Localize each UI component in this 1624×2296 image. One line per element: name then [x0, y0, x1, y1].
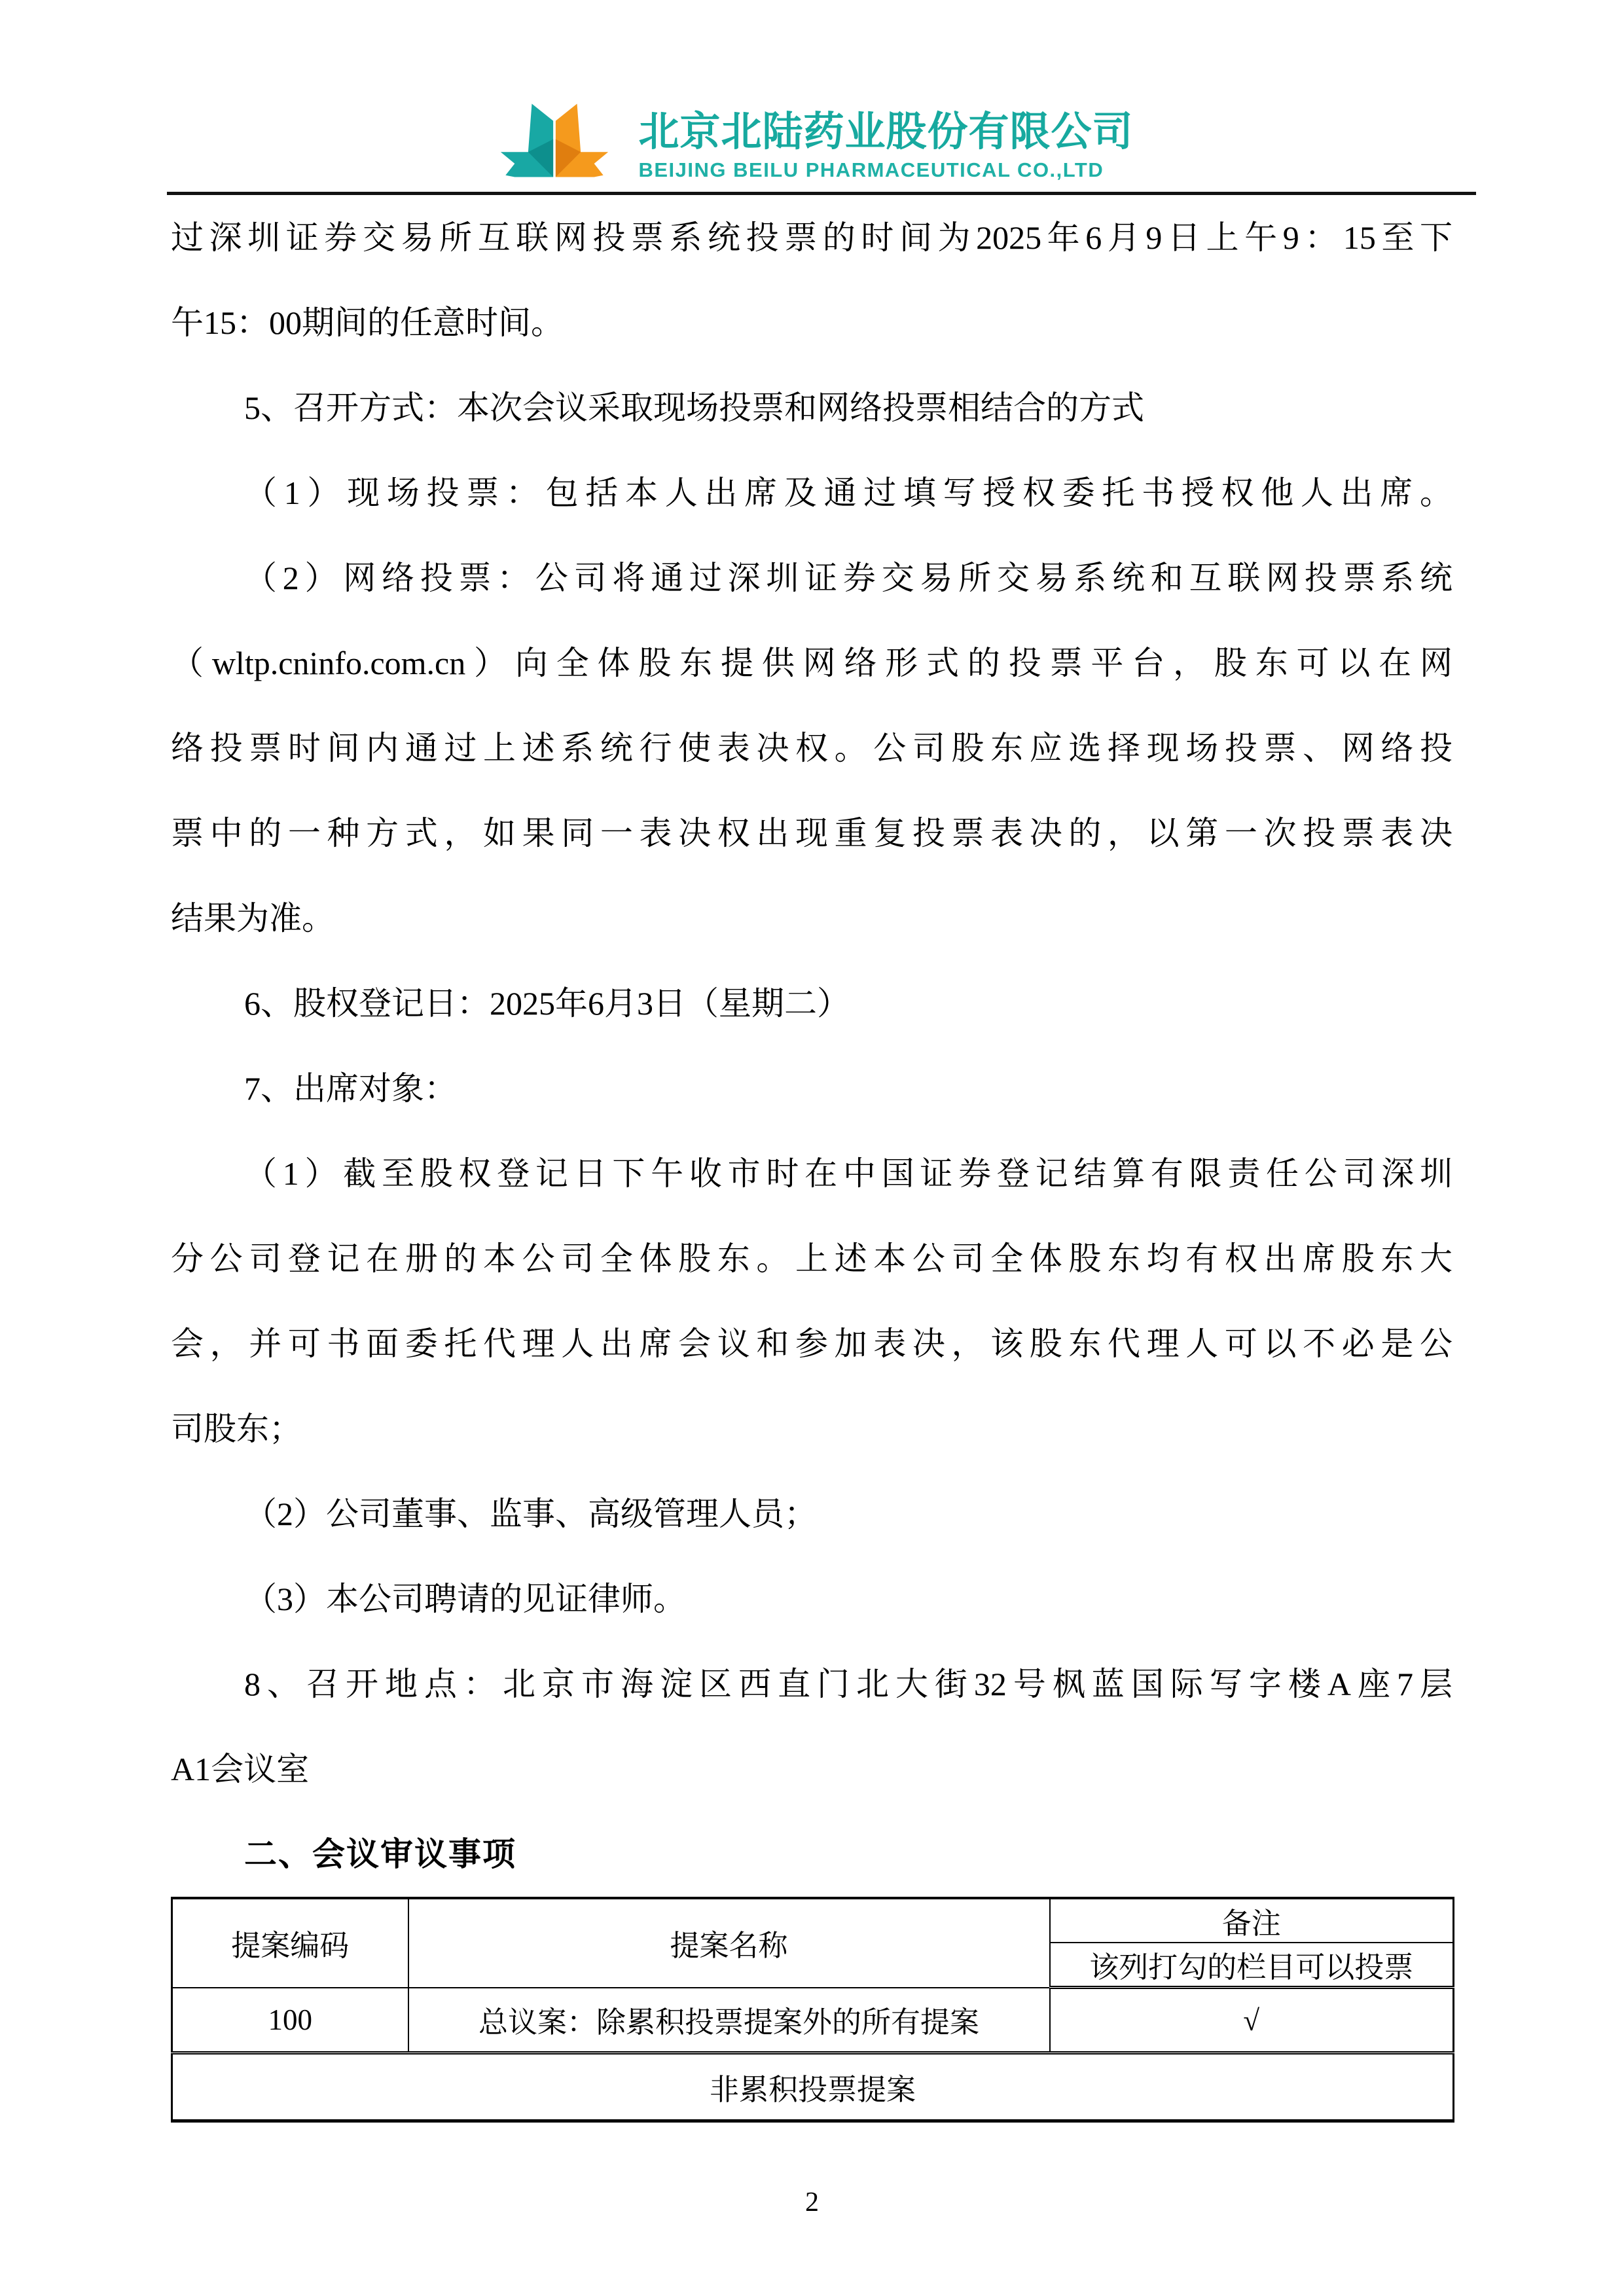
doc-line: 分公司登记在册的本公司全体股东。上述本公司全体股东均有权出席股东大: [171, 1216, 1453, 1301]
doc-line: （2）公司董事、监事、高级管理人员；: [171, 1471, 1453, 1556]
proposal-table: 提案编码 提案名称 备注 该列打勾的栏目可以投票 100 总议案：除累积投票提案…: [171, 1897, 1454, 2123]
header-proposal-code: 提案编码: [172, 1898, 408, 1988]
doc-line: （3）本公司聘请的见证律师。: [171, 1556, 1453, 1641]
header-remark-note: 该列打勾的栏目可以投票: [1050, 1943, 1454, 1988]
doc-line: （2）网络投票：公司将通过深圳证券交易所交易系统和互联网投票系统: [171, 535, 1453, 620]
doc-line: 5、召开方式：本次会议采取现场投票和网络投票相结合的方式: [171, 365, 1453, 450]
table-header-row: 提案编码 提案名称 备注: [172, 1898, 1454, 1943]
cell-proposal-name: 总议案：除累积投票提案外的所有提案: [408, 1988, 1050, 2053]
doc-line: （wltp.cninfo.com.cn）向全体股东提供网络形式的投票平台，股东可…: [171, 620, 1453, 706]
header-proposal-name: 提案名称: [408, 1898, 1050, 1988]
doc-line: 司股东；: [171, 1386, 1453, 1471]
doc-line: 过深圳证券交易所互联网投票系统投票的时间为2025年6月9日上午9：15至下: [171, 195, 1453, 280]
cell-remark-checkmark: √: [1050, 1988, 1454, 2053]
doc-line: （1）截至股权登记日下午收市时在中国证券登记结算有限责任公司深圳: [171, 1131, 1453, 1216]
section-heading: 二、会议审议事项: [171, 1812, 1453, 1897]
doc-line: 8、召开地点：北京市海淀区西直门北大街32号枫蓝国际写字楼A座7层: [171, 1641, 1453, 1727]
company-logo: 北京北陆药业股份有限公司 BEIJING BEILU PHARMACEUTICA…: [0, 0, 1624, 183]
cell-noncumulative-label: 非累积投票提案: [172, 2053, 1454, 2121]
table-row: 100 总议案：除累积投票提案外的所有提案 √: [172, 1988, 1454, 2053]
document-body: 过深圳证券交易所互联网投票系统投票的时间为2025年6月9日上午9：15至下 午…: [171, 195, 1453, 1897]
doc-line: 6、股权登记日：2025年6月3日（星期二）: [171, 961, 1453, 1046]
company-name-block: 北京北陆药业股份有限公司 BEIJING BEILU PHARMACEUTICA…: [638, 107, 1133, 183]
doc-line: （1）现场投票：包括本人出席及通过填写授权委托书授权他人出席。: [171, 450, 1453, 535]
doc-line: 络投票时间内通过上述系统行使表决权。公司股东应选择现场投票、网络投: [171, 706, 1453, 791]
company-name-cn: 北京北陆药业股份有限公司: [638, 107, 1133, 157]
doc-line: A1会议室: [171, 1727, 1453, 1812]
page-number: 2: [0, 2185, 1624, 2221]
cell-proposal-code: 100: [172, 1988, 408, 2053]
doc-line: 结果为准。: [171, 876, 1453, 961]
header-remark: 备注: [1050, 1898, 1454, 1943]
doc-line: 会，并可书面委托代理人出席会议和参加表决，该股东代理人可以不必是公: [171, 1301, 1453, 1386]
doc-line: 7、出席对象：: [171, 1046, 1453, 1131]
company-name-en: BEIJING BEILU PHARMACEUTICAL CO.,LTD: [638, 157, 1104, 183]
doc-line: 票中的一种方式，如果同一表决权出现重复投票表决的，以第一次投票表决: [171, 791, 1453, 876]
doc-line: 午15：00期间的任意时间。: [171, 280, 1453, 365]
document-page: 北京北陆药业股份有限公司 BEIJING BEILU PHARMACEUTICA…: [0, 0, 1624, 2296]
beilu-logo-icon: [490, 98, 619, 183]
table-footer-row: 非累积投票提案: [172, 2053, 1454, 2121]
